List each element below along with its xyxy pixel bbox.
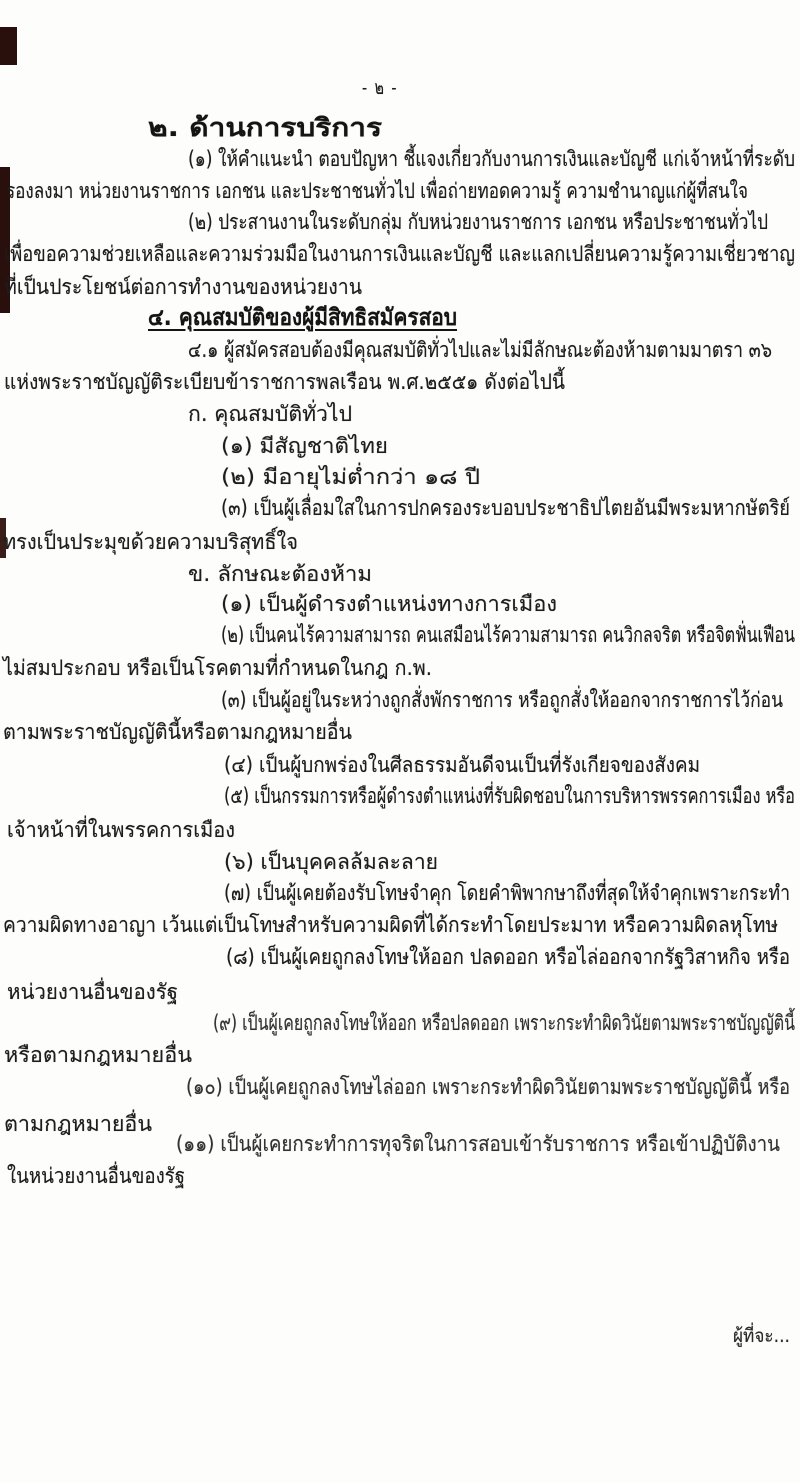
prohibited-item-7: (๗) เป็นผู้เคยต้องรับโทษจำคุก โดยคำพิพาก… xyxy=(224,880,790,907)
prohibited-item-5-cont: เจ้าหน้าที่ในพรรคการเมือง xyxy=(7,817,235,844)
prohibited-item-8: (๘) เป็นผู้เคยถูกลงโทษให้ออก ปลดออก หรือ… xyxy=(226,944,790,971)
prohibited-item-10-cont: ตามกฎหมายอื่น xyxy=(4,1111,152,1138)
prohibited-item-11: (๑๑) เป็นผู้เคยกระทำการทุจริตในการสอบเข้… xyxy=(176,1131,780,1158)
prohibited-item-8-cont: หน่วยงานอื่นของรัฐ xyxy=(7,979,178,1006)
prohibited-item-4: (๔) เป็นผู้บกพร่องในศีลธรรมอันดีจนเป็นที… xyxy=(224,752,700,779)
prohibited-item-2: (๒) เป็นคนไร้ความสามารถ คนเสมือนไร้ความส… xyxy=(221,622,795,649)
general-item-2: (๒) มีอายุไม่ต่ำกว่า ๑๘ ปี xyxy=(221,464,480,491)
general-item-1: (๑) มีสัญชาติไทย xyxy=(221,433,388,460)
prohibited-item-2-cont: ไม่สมประกอบ หรือเป็นโรคตามที่กำหนดในกฎ ก… xyxy=(3,655,432,682)
general-qualifications-heading: ก. คุณสมบัติทั่วไป xyxy=(188,401,352,428)
prohibited-item-3-cont: ตามพระราชบัญญัตินี้หรือตามกฎหมายอื่น xyxy=(3,719,352,746)
prohibited-heading: ข. ลักษณะต้องห้าม xyxy=(188,561,372,588)
prohibited-item-9: (๙) เป็นผู้เคยถูกลงโทษให้ออก หรือปลดออก … xyxy=(213,1010,795,1037)
service-item-2: (๒) ประสานงานในระดับกลุ่ม กับหน่วยงานราช… xyxy=(188,209,768,236)
prohibited-item-9-cont: หรือตามกฎหมายอื่น xyxy=(4,1042,192,1069)
service-item-1: (๑) ให้คำแนะนำ ตอบปัญหา ชี้แจงเกี่ยวกับง… xyxy=(188,146,795,173)
prohibited-item-11-cont: ในหน่วยงานอื่นของรัฐ xyxy=(7,1163,185,1190)
page-catchword: ผู้ที่จะ... xyxy=(733,1324,790,1349)
qualifications-intro: ๔.๑ ผู้สมัครสอบต้องมีคุณสมบัติทั่วไปและไ… xyxy=(188,337,772,364)
document-page: - ๒ - ๒. ด้านการบริการ (๑) ให้คำแนะนำ ตอ… xyxy=(0,0,800,1483)
prohibited-item-1: (๑) เป็นผู้ดำรงตำแหน่งทางการเมือง xyxy=(221,591,557,618)
service-item-2-cont-1: เพื่อขอความช่วยเหลือและความร่วมมือในงานก… xyxy=(4,241,795,268)
prohibited-item-10: (๑๐) เป็นผู้เคยถูกลงโทษไล่ออก เพราะกระทำ… xyxy=(186,1074,790,1101)
general-item-3: (๓) เป็นผู้เลื่อมใสในการปกครองระบอบประชา… xyxy=(221,495,790,522)
qualifications-heading: ๔. คุณสมบัติของผู้มีสิทธิสมัครสอบ xyxy=(148,304,457,334)
prohibited-item-6: (๖) เป็นบุคคลล้มละลาย xyxy=(224,849,438,876)
section-service-heading: ๒. ด้านการบริการ xyxy=(148,112,382,145)
prohibited-item-3: (๓) เป็นผู้อยู่ในระหว่างถูกสั่งพักราชการ… xyxy=(221,687,783,714)
scan-artifact-top-left xyxy=(0,27,17,65)
page-number: - ๒ - xyxy=(362,76,398,101)
general-item-3-cont: ทรงเป็นประมุขด้วยความบริสุทธิ์ใจ xyxy=(3,529,298,556)
prohibited-item-5: (๕) เป็นกรรมการหรือผู้ดำรงตำแหน่งที่รับผ… xyxy=(224,783,795,810)
service-item-2-cont-2: ที่เป็นประโยชน์ต่อการทำงานของหน่วยงาน xyxy=(4,274,362,301)
qualifications-intro-cont: แห่งพระราชบัญญัติระเบียบข้าราชการพลเรือน… xyxy=(4,369,565,396)
prohibited-item-7-cont: ความผิดทางอาญา เว้นแต่เป็นโทษสำหรับความผ… xyxy=(3,912,778,939)
service-item-1-cont: รองลงมา หน่วยงานราชการ เอกชน และประชาชนท… xyxy=(6,178,748,205)
